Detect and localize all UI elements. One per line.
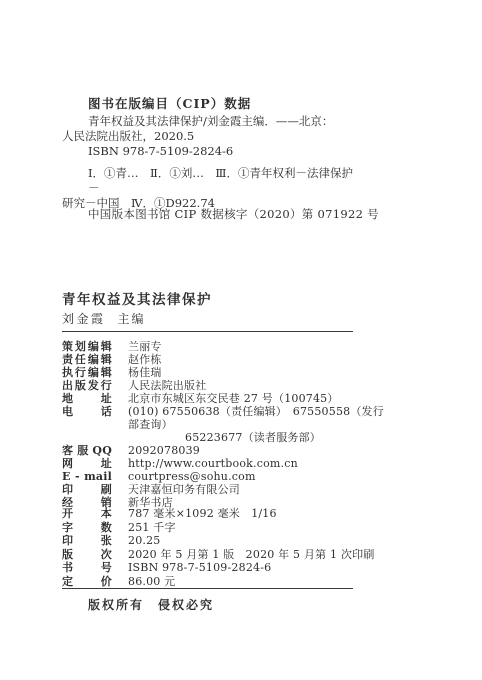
colophon-label: 地址: [62, 392, 112, 405]
print-row-isbn: 书号 ISBN 978-7-5109-2824-6: [62, 561, 392, 575]
print-label: 定价: [62, 575, 112, 589]
colophon-row-publisher: 出版发行 人民法院出版社: [62, 379, 392, 392]
print-value: 787 毫米×1092 毫米 1/16: [128, 507, 277, 521]
colophon-value: 北京市东城区东交民巷 27 号（100745）: [128, 392, 339, 405]
colophon-block: 策划编辑 兰丽专 责任编辑 赵作栋 执行编辑 杨佳瑞 出版发行 人民法院出版社 …: [62, 340, 392, 509]
print-value: 251 千字: [128, 521, 176, 535]
colophon-value-email: courtpress@sohu.com: [128, 470, 256, 483]
colophon-value: (010) 67550638（责任编辑） 67550558（发行部查询） 652…: [128, 405, 392, 444]
print-label: 字数: [62, 521, 112, 535]
phone-line-2: 65223677（读者服务部）: [128, 431, 392, 444]
author-role: 主编: [118, 312, 146, 326]
print-info-block: 开本 787 毫米×1092 毫米 1/16 字数 251 千字 印张 20.2…: [62, 507, 392, 588]
colophon-label: 电话: [62, 405, 112, 418]
cip-class-line-1: Ⅰ．①青… Ⅱ．①刘… Ⅲ．①青年权利－法律保护－: [62, 166, 362, 196]
cip-header: 图书在版编目（CIP）数据: [88, 94, 251, 112]
cip-title-line: 青年权益及其法律保护/刘金霞主编．——北京：: [62, 114, 362, 129]
colophon-label: 客服QQ: [62, 444, 112, 457]
colophon-value: 人民法院出版社: [128, 379, 206, 392]
print-label: 版次: [62, 548, 112, 562]
colophon-row-executive-editor: 执行编辑 杨佳瑞: [62, 366, 392, 379]
colophon-row-printer: 印刷 天津嘉恒印务有限公司: [62, 483, 392, 496]
print-row-edition: 版次 2020 年 5 月第 1 版 2020 年 5 月第 1 次印刷: [62, 548, 392, 562]
print-label: 开本: [62, 507, 112, 521]
author-name: 刘金霞: [62, 312, 106, 326]
print-value: ISBN 978-7-5109-2824-6: [128, 561, 271, 575]
colophon-label: 执行编辑: [62, 366, 112, 379]
print-row-price: 定价 86.00 元: [62, 575, 392, 589]
colophon-row-phone: 电话 (010) 67550638（责任编辑） 67550558（发行部查询） …: [62, 405, 392, 444]
print-row-wordcount: 字数 251 千字: [62, 521, 392, 535]
colophon-value-url: http://www.courtbook.com.cn: [128, 457, 298, 470]
colophon-row-qq: 客服QQ 2092078039: [62, 444, 392, 457]
copyright-notice: 版权所有 侵权必究: [88, 596, 214, 613]
print-value: 2020 年 5 月第 1 版 2020 年 5 月第 1 次印刷: [128, 548, 375, 562]
colophon-label: 印刷: [62, 483, 112, 496]
cip-bibliographic-paragraph: 青年权益及其法律保护/刘金霞主编．——北京： 人民法院出版社，2020.5 IS…: [62, 114, 362, 159]
print-row-format: 开本 787 毫米×1092 毫米 1/16: [62, 507, 392, 521]
colophon-value: 赵作栋: [128, 353, 162, 366]
colophon-label: 出版发行: [62, 379, 112, 392]
colophon-label: 网址: [62, 457, 112, 470]
cip-publisher-line: 人民法院出版社，2020.5: [62, 129, 362, 144]
colophon-row-address: 地址 北京市东城区东交民巷 27 号（100745）: [62, 392, 392, 405]
colophon-row-responsible-editor: 责任编辑 赵作栋: [62, 353, 392, 366]
colophon-row-planning-editor: 策划编辑 兰丽专: [62, 340, 392, 353]
copyright-page: 图书在版编目（CIP）数据 青年权益及其法律保护/刘金霞主编．——北京： 人民法…: [0, 0, 482, 680]
print-value: 20.25: [128, 534, 161, 548]
book-author-line: 刘金霞主编: [62, 310, 146, 327]
cip-classification-paragraph: Ⅰ．①青… Ⅱ．①刘… Ⅲ．①青年权利－法律保护－ 研究－中国 Ⅳ．①D922.…: [62, 166, 362, 211]
colophon-label: 责任编辑: [62, 353, 112, 366]
print-label: 书号: [62, 561, 112, 575]
phone-line-1: (010) 67550638（责任编辑） 67550558（发行部查询）: [128, 405, 392, 431]
divider-rule-bottom: [62, 588, 353, 589]
cip-isbn-line: ISBN 978-7-5109-2824-6: [62, 144, 362, 159]
book-title: 青年权益及其法律保护: [62, 288, 212, 308]
print-value: 86.00 元: [128, 575, 175, 589]
colophon-value: 2092078039: [128, 444, 200, 457]
divider-rule-top: [62, 331, 353, 332]
colophon-value: 杨佳瑞: [128, 366, 162, 379]
colophon-value: 天津嘉恒印务有限公司: [128, 483, 240, 496]
cip-record-number: 中国版本图书馆 CIP 数据核字（2020）第 071922 号: [88, 206, 379, 222]
print-label: 印张: [62, 534, 112, 548]
colophon-label: E - mail: [62, 470, 112, 483]
print-row-sheets: 印张 20.25: [62, 534, 392, 548]
colophon-row-email: E - mail courtpress@sohu.com: [62, 470, 392, 483]
colophon-row-website: 网址 http://www.courtbook.com.cn: [62, 457, 392, 470]
colophon-value: 兰丽专: [128, 340, 162, 353]
colophon-label: 策划编辑: [62, 340, 112, 353]
